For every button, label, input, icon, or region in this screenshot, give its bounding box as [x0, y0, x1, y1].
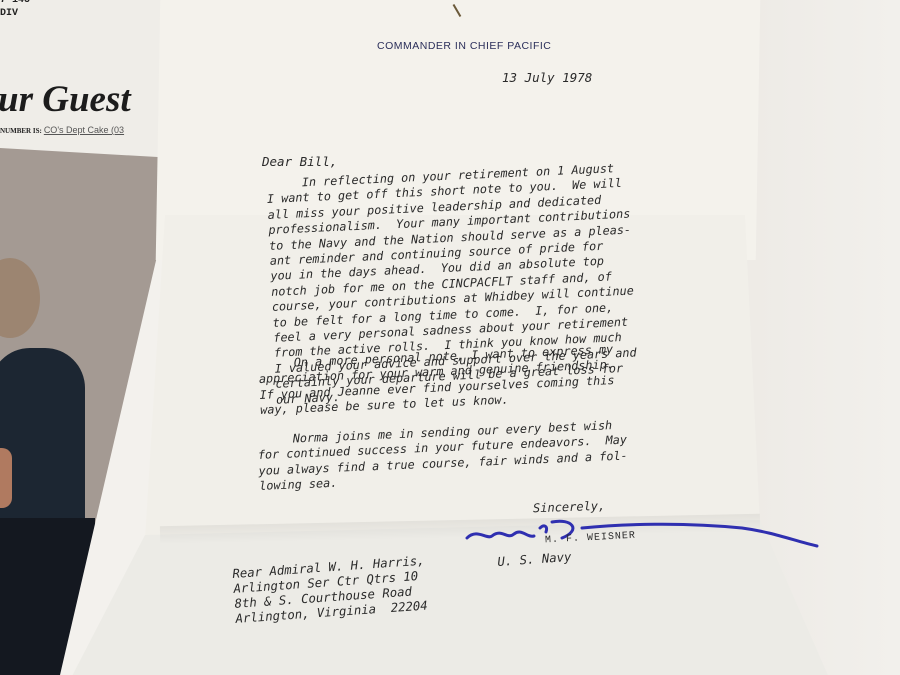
- guest-heading: ur Guest: [0, 78, 131, 121]
- code-line: 7-145: [0, 0, 30, 7]
- letter-date: 13 July 1978: [502, 70, 592, 85]
- number-field: NUMBER IS:CO's Dept Cake (03: [0, 125, 124, 135]
- letterhead: COMMANDER IN CHIEF PACIFIC: [377, 40, 551, 52]
- code-line: DIV: [0, 7, 30, 20]
- signature-icon: [462, 510, 822, 560]
- photo-hair: [0, 258, 40, 338]
- background-guest-document: 7-145 DIV ur Guest NUMBER IS:CO's Dept C…: [0, 0, 175, 160]
- document-code: 7-145 DIV: [0, 0, 30, 20]
- number-label: NUMBER IS:: [0, 127, 42, 135]
- number-value: CO's Dept Cake (03: [44, 125, 124, 135]
- salutation: Dear Bill,: [262, 154, 337, 169]
- photo-face: [0, 448, 12, 508]
